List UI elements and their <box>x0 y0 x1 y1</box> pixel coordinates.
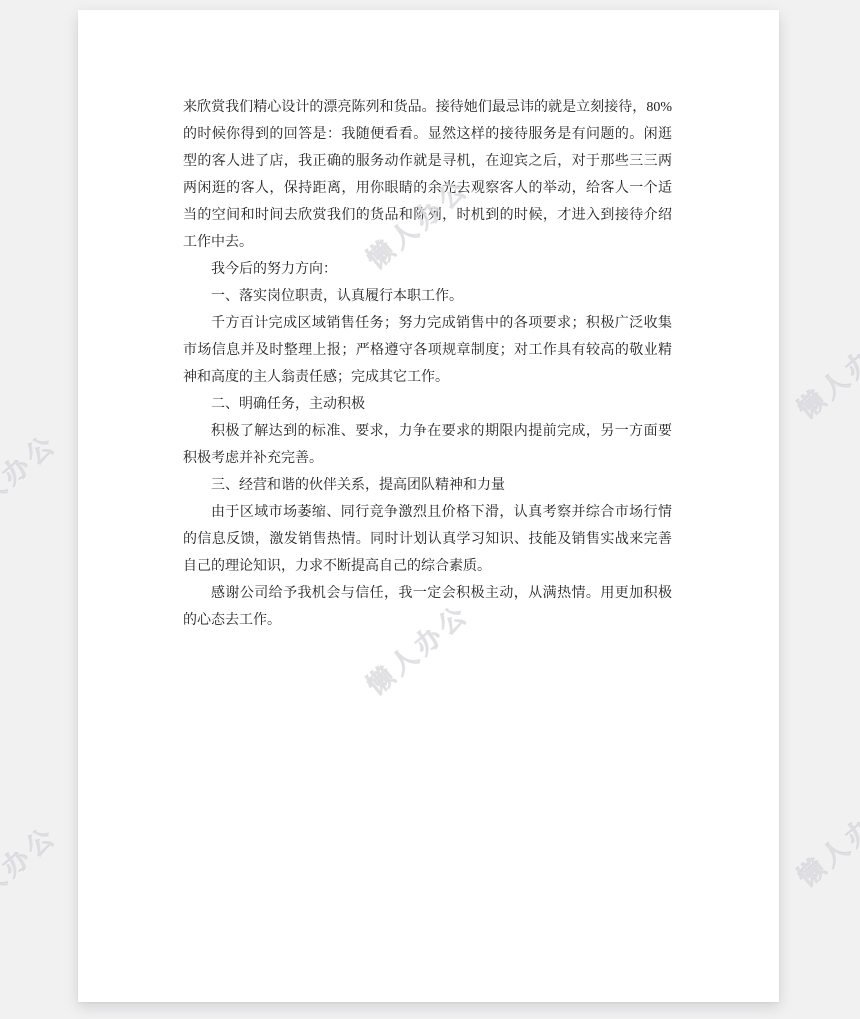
paragraph: 一、落实岗位职责，认真履行本职工作。 <box>183 283 672 310</box>
document-page: 来欣赏我们精心设计的漂亮陈列和货品。接待她们最忌讳的就是立刻接待，80%的时候你… <box>78 10 779 1002</box>
paragraph: 来欣赏我们精心设计的漂亮陈列和货品。接待她们最忌讳的就是立刻接待，80%的时候你… <box>183 94 672 256</box>
paragraph: 千方百计完成区域销售任务；努力完成销售中的各项要求；积极广泛收集市场信息并及时整… <box>183 310 672 391</box>
paragraph: 由于区域市场萎缩、同行竞争激烈且价格下滑，认真考察并综合市场行情的信息反馈，激发… <box>183 499 672 580</box>
document-body: 来欣赏我们精心设计的漂亮陈列和货品。接待她们最忌讳的就是立刻接待，80%的时候你… <box>183 94 672 634</box>
paragraph: 积极了解达到的标准、要求，力争在要求的期限内提前完成，另一方面要积极考虑并补充完… <box>183 418 672 472</box>
document-viewer: 来欣赏我们精心设计的漂亮陈列和货品。接待她们最忌讳的就是立刻接待，80%的时候你… <box>0 0 860 1019</box>
watermark-text: 懒人办公 <box>0 816 64 924</box>
watermark-text: 懒人办公 <box>0 424 64 532</box>
paragraph: 二、明确任务，主动积极 <box>183 391 672 418</box>
paragraph: 感谢公司给予我机会与信任，我一定会积极主动，从满热情。用更加积极的心态去工作。 <box>183 580 672 634</box>
watermark-text: 懒人办公 <box>789 786 860 894</box>
paragraph: 三、经营和谐的伙伴关系，提高团队精神和力量 <box>183 472 672 499</box>
watermark-text: 懒人办公 <box>789 318 860 426</box>
paragraph: 我今后的努力方向： <box>183 256 672 283</box>
